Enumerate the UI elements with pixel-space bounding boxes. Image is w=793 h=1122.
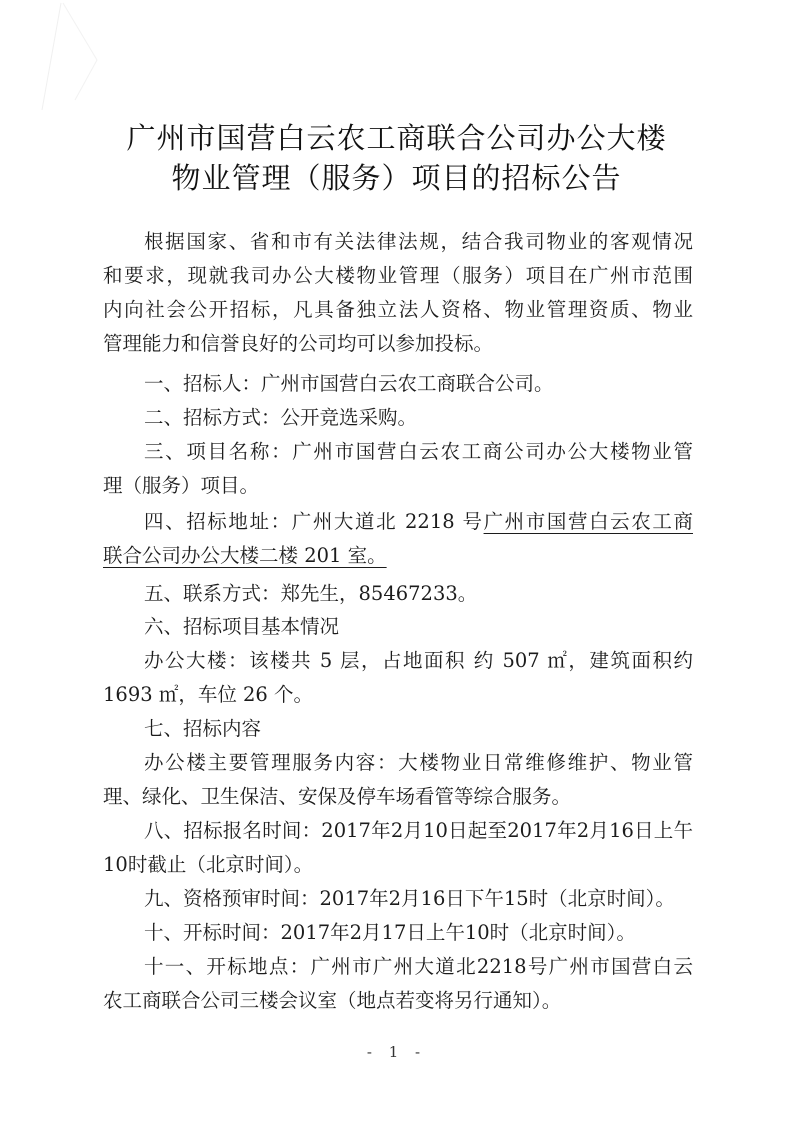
document-title-line-1: 广州市国营白云农工商联合公司办公大楼 (0, 116, 793, 157)
section-8-registration-line-2: 10时截止（北京时间）。 (103, 852, 693, 878)
section-11-opening-location-line-2: 农工商联合公司三楼会议室（地点若变将另行通知）。 (103, 988, 693, 1014)
section-7-body-line-2: 理、绿化、卫生保洁、安保及停车场看管等综合服务。 (103, 784, 693, 810)
address-underlined-part-1: 广州市国营白云农工商 (484, 510, 693, 533)
intro-line-4: 管理能力和信誉良好的公司均可以参加投标。 (103, 331, 693, 357)
section-1-bidder: 一、招标人：广州市国营白云农工商联合公司。 (144, 371, 554, 397)
document-page: 广州市国营白云农工商联合公司办公大楼 物业管理（服务）项目的招标公告 根据国家、… (0, 0, 793, 1122)
section-4-address-line-1: 四、招标地址：广州大道北 2218 号广州市国营白云农工商 (144, 509, 693, 535)
page-number: - 1 - (0, 1043, 793, 1061)
section-7-heading: 七、招标内容 (144, 716, 261, 742)
section-3-project-name-line-1: 三、项目名称：广州市国营白云农工商公司办公大楼物业管 (144, 439, 693, 465)
scan-artifact-mark (30, 0, 100, 110)
section-10-opening-time: 十、开标时间：2017年2月17日上午10时（北京时间）。 (144, 920, 636, 946)
document-title-line-2: 物业管理（服务）项目的招标公告 (0, 156, 793, 197)
address-prefix: 四、招标地址：广州大道北 2218 号 (144, 510, 484, 533)
section-5-contact: 五、联系方式：郑先生，85467233。 (144, 581, 477, 607)
address-underlined-part-2: 联合公司办公大楼二楼 201 室。 (103, 544, 387, 567)
intro-line-1: 根据国家、省和市有关法律法规，结合我司物业的客观情况 (144, 229, 693, 255)
section-7-body-line-1: 办公楼主要管理服务内容：大楼物业日常维修维护、物业管 (144, 750, 693, 776)
section-2-bidding-method: 二、招标方式：公开竞选采购。 (144, 405, 417, 431)
section-11-opening-location-line-1: 十一、开标地点：广州市广州大道北2218号广州市国营白云 (144, 954, 693, 980)
section-4-address-line-2: 联合公司办公大楼二楼 201 室。 (103, 543, 693, 569)
section-6-body-line-1: 办公大楼：该楼共 5 层，占地面积 约 507 ㎡，建筑面积约 (144, 648, 693, 674)
section-8-registration-line-1: 八、招标报名时间：2017年2月10日起至2017年2月16日上午 (144, 818, 693, 844)
section-6-body-line-2: 1693 ㎡，车位 26 个。 (103, 682, 693, 708)
intro-line-3: 内向社会公开招标，凡具备独立法人资格、物业管理资质、物业 (103, 297, 693, 323)
intro-line-2: 和要求，现就我司办公大楼物业管理（服务）项目在广州市范围 (103, 263, 693, 289)
section-6-heading: 六、招标项目基本情况 (144, 614, 339, 640)
section-9-prequalification: 九、资格预审时间：2017年2月16日下午15时（北京时间）。 (144, 886, 675, 912)
section-3-project-name-line-2: 理（服务）项目。 (103, 473, 693, 499)
